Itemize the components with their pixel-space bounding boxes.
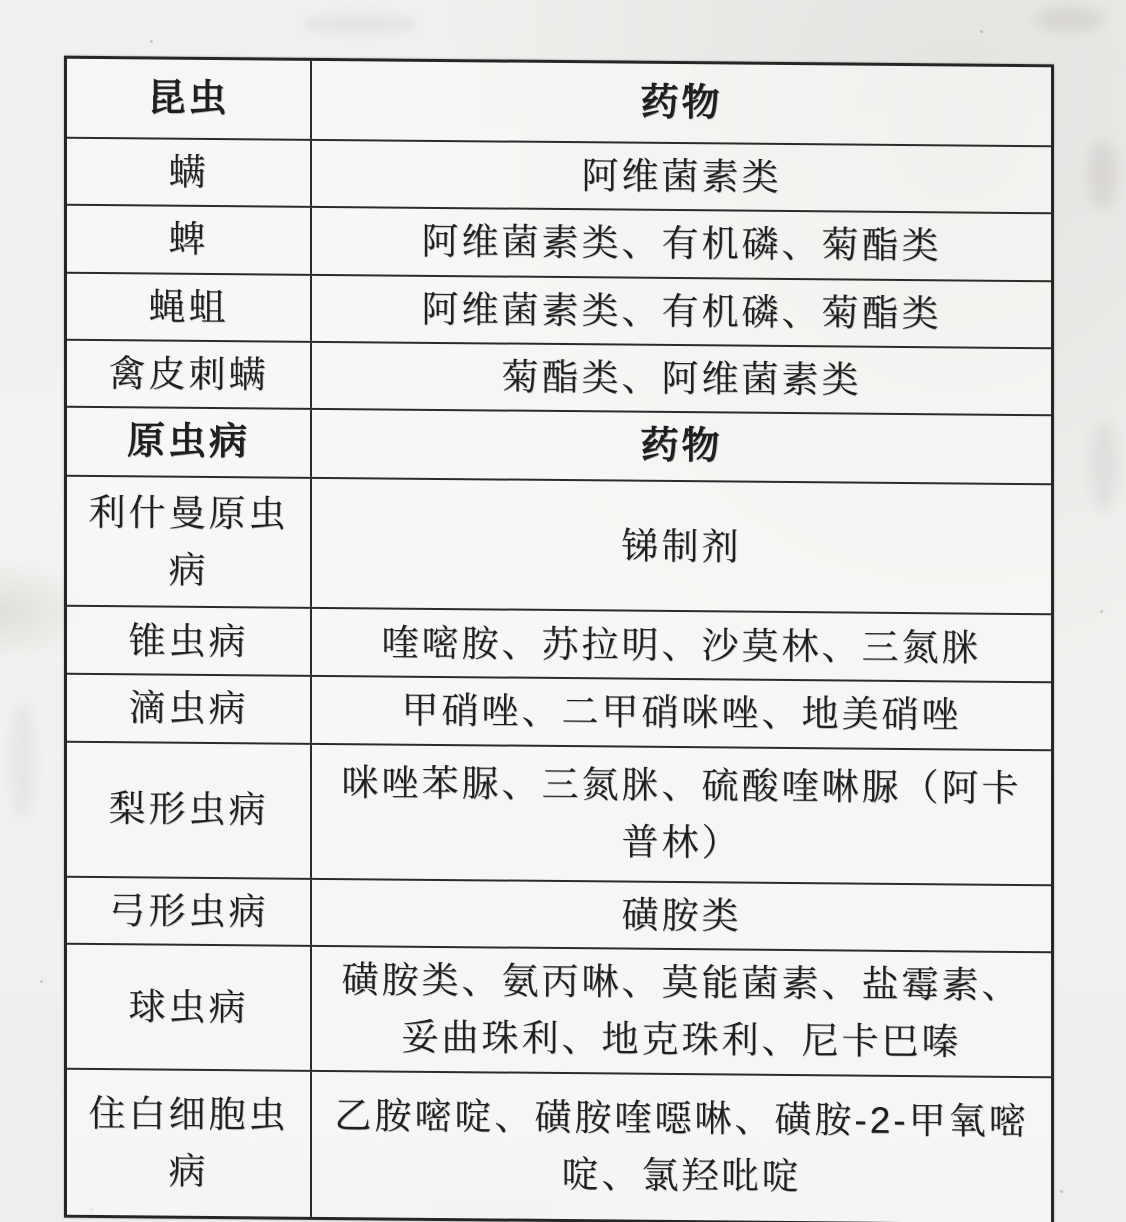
- drug-cell: 阿维菌素类: [312, 141, 1051, 213]
- scan-speck: [1060, 1190, 1063, 1193]
- scan-speck: [1100, 610, 1103, 613]
- scan-smudge: [300, 14, 420, 34]
- disease-cell: 球虫病: [67, 945, 312, 1070]
- drug-cell: 阿维菌素类、有机磷、菊酯类: [312, 208, 1051, 280]
- drug-cell: 咪唑苯脲、三氮脒、硫酸喹啉脲（阿卡普林）: [312, 744, 1051, 883]
- table-row-mite: 螨 阿维菌素类: [67, 137, 1051, 213]
- table-row-coccidiosis: 球虫病 磺胺类、氨丙啉、莫能菌素、盐霉素、妥曲珠利、地克珠利、尼卡巴嗪: [67, 943, 1051, 1076]
- drug-cell: 锑制剂: [312, 479, 1051, 613]
- table-row-toxoplasmosis: 弓形虫病 磺胺类: [67, 875, 1051, 951]
- drug-cell: 磺胺类: [312, 879, 1051, 951]
- disease-cell: 住白细胞虫病: [67, 1069, 312, 1216]
- drug-cell: 阿维菌素类、有机磷、菊酯类: [312, 276, 1051, 348]
- disease-cell: 滴虫病: [67, 675, 312, 742]
- disease-cell: 蜱: [67, 206, 312, 273]
- table-header-row-protozoa: 原虫病 药物: [67, 406, 1051, 483]
- table-row-leucocytozoonosis: 住白细胞虫病 乙胺嘧啶、磺胺喹噁啉、磺胺-2-甲氧嘧啶、氯羟吡啶: [67, 1067, 1051, 1222]
- scan-smudge: [1088, 140, 1118, 210]
- disease-cell: 利什曼原虫病: [67, 477, 312, 607]
- column-header-drug: 药物: [312, 61, 1051, 145]
- table-row-leishmaniasis: 利什曼原虫病 锑制剂: [67, 475, 1051, 614]
- table-row-piroplasmosis: 梨形虫病 咪唑苯脲、三氮脒、硫酸喹啉脲（阿卡普林）: [67, 740, 1051, 884]
- scan-smudge: [1035, 6, 1105, 32]
- column-header-insect: 昆虫: [67, 59, 312, 139]
- disease-cell: 梨形虫病: [67, 742, 312, 877]
- table-row-poultry-mite: 禽皮刺螨 菊酯类、阿维菌素类: [67, 339, 1051, 415]
- disease-cell: 蝇蛆: [67, 273, 312, 340]
- drug-cell: 甲硝唑、二甲硝咪唑、地美硝唑: [312, 677, 1051, 749]
- disease-cell: 弓形虫病: [67, 877, 312, 944]
- table-row-trichomoniasis: 滴虫病 甲硝唑、二甲硝咪唑、地美硝唑: [67, 673, 1051, 749]
- drug-cell: 喹嘧胺、苏拉明、沙莫林、三氮脒: [312, 609, 1051, 681]
- column-header-protozoa: 原虫病: [67, 408, 312, 477]
- scan-speck: [40, 980, 43, 983]
- column-header-drug: 药物: [312, 410, 1051, 483]
- scan-smudge: [10, 700, 36, 820]
- table-row-tick: 蜱 阿维菌素类、有机磷、菊酯类: [67, 204, 1051, 280]
- disease-cell: 锥虫病: [67, 607, 312, 675]
- parasite-drug-table: 昆虫 药物 螨 阿维菌素类 蜱 阿维菌素类、有机磷、菊酯类 蝇蛆 阿维菌素类、有…: [64, 56, 1054, 1222]
- drug-cell: 乙胺嘧啶、磺胺喹噁啉、磺胺-2-甲氧嘧啶、氯羟吡啶: [312, 1071, 1051, 1222]
- table-row-trypanosomiasis: 锥虫病 喹嘧胺、苏拉明、沙莫林、三氮脒: [67, 605, 1051, 682]
- scan-speck: [150, 40, 153, 43]
- scan-speck: [980, 30, 983, 33]
- drug-cell: 菊酯类、阿维菌素类: [312, 343, 1051, 415]
- drug-cell: 磺胺类、氨丙啉、莫能菌素、盐霉素、妥曲珠利、地克珠利、尼卡巴嗪: [312, 947, 1051, 1076]
- table-header-row-insect: 昆虫 药物: [67, 59, 1051, 146]
- scan-smudge: [1090, 420, 1118, 510]
- disease-cell: 螨: [67, 139, 312, 206]
- table-row-fly-maggot: 蝇蛆 阿维菌素类、有机磷、菊酯类: [67, 271, 1051, 347]
- disease-cell: 禽皮刺螨: [67, 341, 312, 408]
